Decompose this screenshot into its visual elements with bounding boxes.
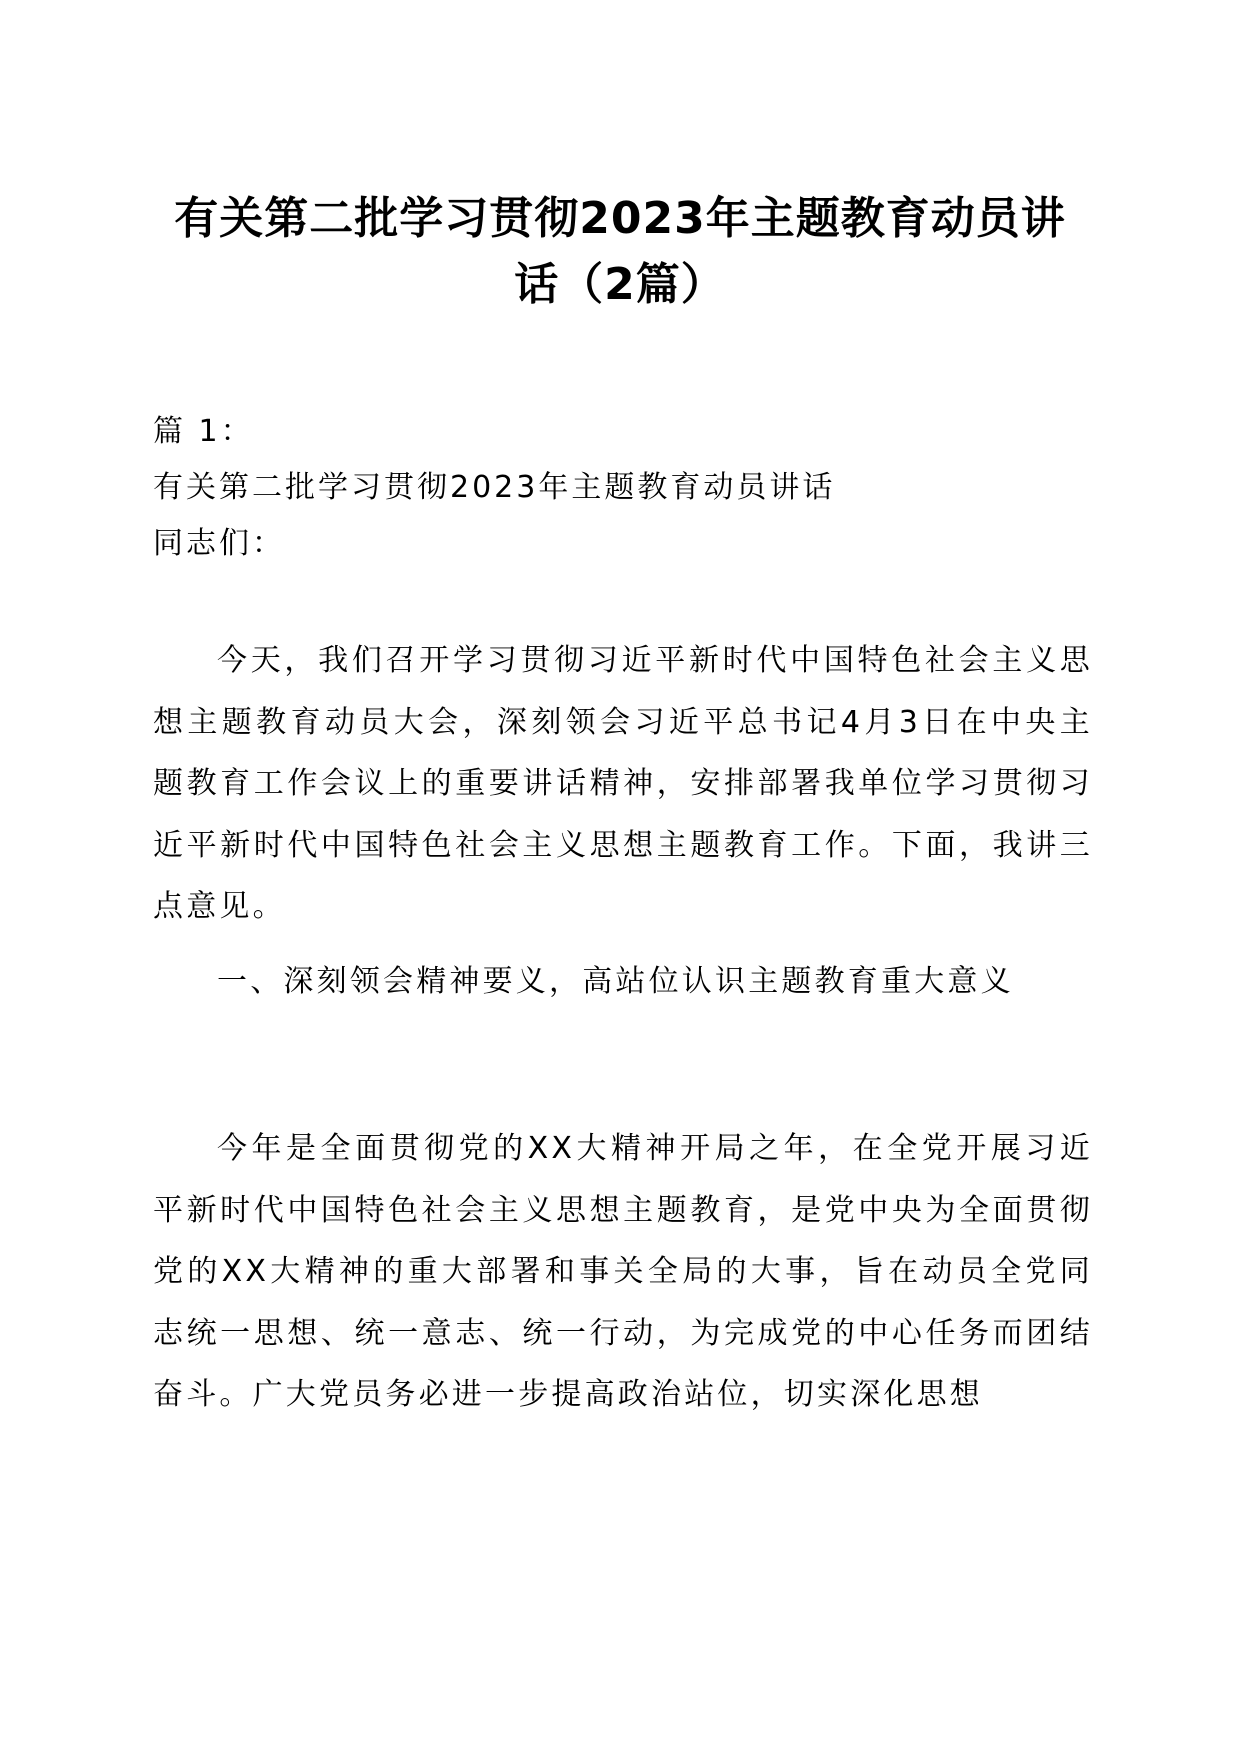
section-label: 篇 1：	[153, 412, 254, 452]
title-line-2: 话（2篇）	[140, 252, 1100, 318]
paragraph-intro: 今天，我们召开学习贯彻习近平新时代中国特色社会主义思想主题教育动员大会，深刻领会…	[153, 630, 1093, 938]
document-title: 有关第二批学习贯彻2023年主题教育动员讲 话（2篇）	[140, 186, 1100, 318]
document-page: 有关第二批学习贯彻2023年主题教育动员讲 话（2篇） 篇 1： 有关第二批学习…	[0, 0, 1240, 1754]
section-heading-1: 一、深刻领会精神要义，高站位认识主题教育重大意义	[217, 962, 1014, 1002]
salutation: 同志们：	[153, 524, 285, 564]
speech-subtitle: 有关第二批学习贯彻2023年主题教育动员讲话	[153, 468, 835, 508]
title-line-1: 有关第二批学习贯彻2023年主题教育动员讲	[140, 186, 1100, 252]
paragraph-body: 今年是全面贯彻党的XX大精神开局之年，在全党开展习近平新时代中国特色社会主义思想…	[153, 1118, 1093, 1426]
